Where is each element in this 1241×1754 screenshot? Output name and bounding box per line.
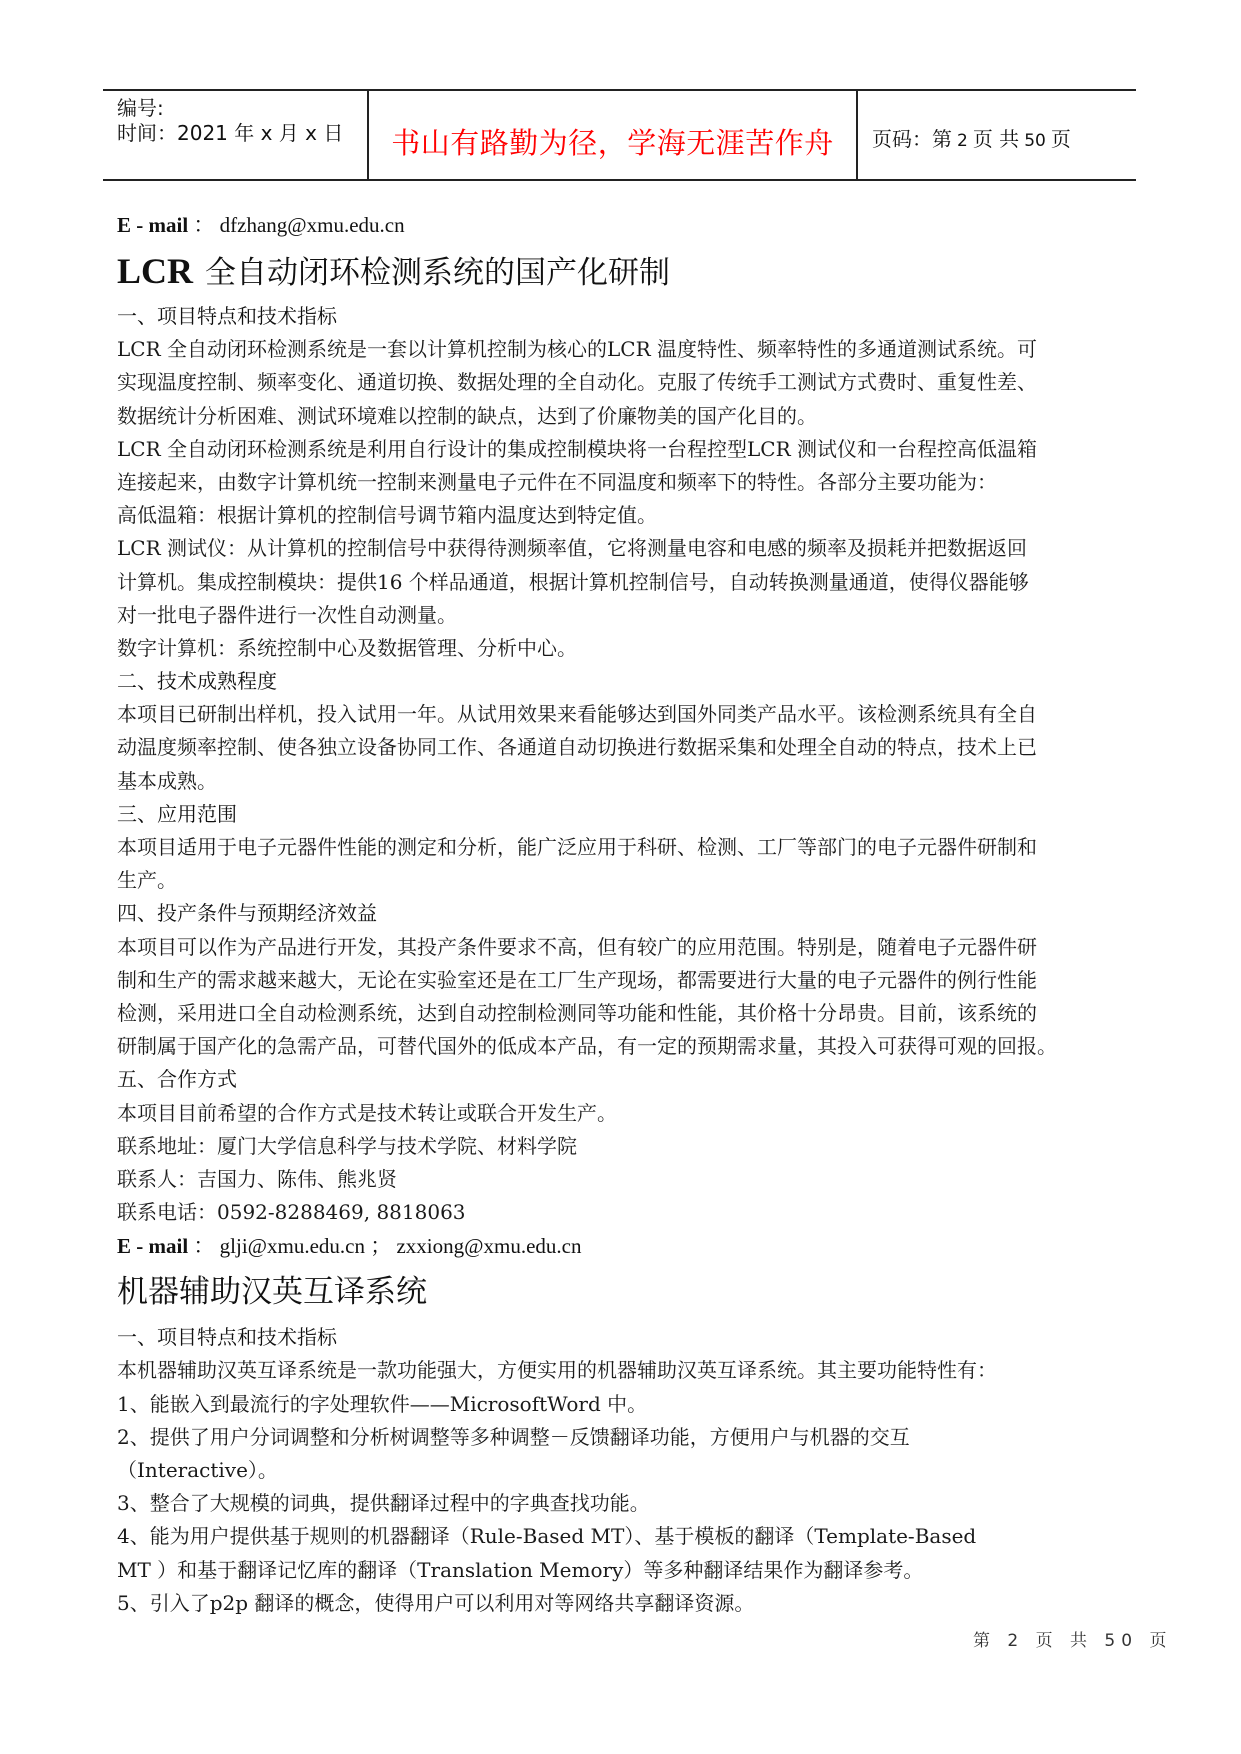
- page-suffix: 页: [1051, 127, 1071, 151]
- list-item: 4、能为用户提供基于规则的机器翻译（Rule-Based MT）、基于模板的翻译…: [117, 1520, 1127, 1553]
- header-motto-cell: 书山有路勤为径，学海无涯苦作舟: [367, 91, 858, 179]
- heading-cooperation: 五、合作方式: [117, 1063, 1127, 1096]
- contact-address: 联系地址：厦门大学信息科学与技术学院、材料学院: [117, 1130, 1127, 1163]
- paragraph-line: 数字计算机：系统控制中心及数据管理、分析中心。: [117, 632, 1127, 665]
- page-footer: 第 2 页 共 50 页: [973, 1626, 1172, 1651]
- email-sep: ：: [188, 213, 214, 237]
- contact-email-line: E - mail ： dfzhang@xmu.edu.cn: [117, 208, 1127, 242]
- heading-features: 一、项目特点和技术指标: [117, 300, 1127, 333]
- contact-persons: 联系人：吉国力、陈伟、熊兆贤: [117, 1163, 1127, 1196]
- paragraph-line: 本项目目前希望的合作方式是技术转让或联合开发生产。: [117, 1097, 1127, 1130]
- heading-maturity: 二、技术成熟程度: [117, 665, 1127, 698]
- page-total: 50: [1024, 131, 1046, 151]
- paragraph-line: 本项目适用于电子元器件性能的测定和分析，能广泛应用于科研、检测、工厂等部门的电子…: [117, 831, 1127, 864]
- header-page-number: 页码：第2页 共50页: [872, 123, 1071, 152]
- email-label: E - mail: [117, 213, 188, 237]
- section-title-translation: 机器辅助汉英互译系统: [117, 1263, 1127, 1321]
- paragraph-line: 研制属于国产化的急需产品，可替代国外的低成本产品，有一定的预期需求量，其投入可获…: [117, 1030, 1127, 1063]
- list-item: 3、整合了大规模的词典，提供翻译过程中的字典查找功能。: [117, 1487, 1127, 1520]
- paragraph-line: 高低温箱：根据计算机的控制信号调节箱内温度达到特定值。: [117, 499, 1127, 532]
- paragraph-line: LCR 测试仪：从计算机的控制信号中获得待测频率值，它将测量电容和电感的频率及损…: [117, 532, 1127, 565]
- list-item-continuation: MT ）和基于翻译记忆库的翻译（Translation Memory）等多种翻译…: [117, 1554, 1127, 1587]
- page-header: 编号: 时间：2021 年 x 月 x 日 书山有路勤为径，学海无涯苦作舟 页码…: [103, 89, 1136, 181]
- paragraph-line: 本项目可以作为产品进行开发，其投产条件要求不高，但有较广的应用范围。特别是，随着…: [117, 931, 1127, 964]
- contact-phone: 联系电话：0592-8288469, 8818063: [117, 1196, 1127, 1229]
- paragraph-line: 连接起来，由数字计算机统一控制来测量电子元件在不同温度和频率下的特性。各部分主要…: [117, 466, 1127, 499]
- document-body: E - mail ： dfzhang@xmu.edu.cn LCR全自动闭环检测…: [117, 208, 1127, 1620]
- document-page: 编号: 时间：2021 年 x 月 x 日 书山有路勤为径，学海无涯苦作舟 页码…: [0, 0, 1241, 1754]
- list-item: 1、能嵌入到最流行的字处理软件——MicrosoftWord 中。: [117, 1388, 1127, 1421]
- paragraph-line: 本机器辅助汉英互译系统是一款功能强大，方便实用的机器辅助汉英互译系统。其主要功能…: [117, 1354, 1127, 1387]
- list-item: 5、引入了p2p 翻译的概念，使得用户可以利用对等网络共享翻译资源。: [117, 1587, 1127, 1620]
- paragraph-line: 对一批电子器件进行一次性自动测量。: [117, 599, 1127, 632]
- contact-email-line: E - mail ： glji@xmu.edu.cn ； zxxiong@xmu…: [117, 1229, 1127, 1263]
- paragraph-line: 实现温度控制、频率变化、通道切换、数据处理的全自动化。克服了传统手工测试方式费时…: [117, 366, 1127, 399]
- page-current: 2: [957, 131, 968, 151]
- section-title-lcr: LCR全自动闭环检测系统的国产化研制: [117, 242, 1127, 300]
- paragraph-line: 数据统计分析困难、测试环境难以控制的缺点，达到了价廉物美的国产化目的。: [117, 400, 1127, 433]
- heading-conditions: 四、投产条件与预期经济效益: [117, 897, 1127, 930]
- header-page-cell: 页码：第2页 共50页: [856, 91, 1136, 179]
- header-meta-cell: 编号: 时间：2021 年 x 月 x 日: [103, 91, 367, 179]
- paragraph-line: 制和生产的需求越来越大，无论在实验室还是在工厂生产现场，都需要进行大量的电子元器…: [117, 964, 1127, 997]
- header-motto: 书山有路勤为径，学海无涯苦作舟: [369, 121, 856, 162]
- doc-number-label: 编号:: [117, 95, 164, 121]
- title-latin: LCR: [117, 251, 193, 291]
- list-item-continuation: （Interactive）。: [117, 1454, 1127, 1487]
- paragraph-line: LCR 全自动闭环检测系统是一套以计算机控制为核心的LCR 温度特性、频率特性的…: [117, 333, 1127, 366]
- email-sep: ：: [188, 1234, 214, 1258]
- paragraph-line: 动温度频率控制、使各独立设备协同工作、各通道自动切换进行数据采集和处理全自动的特…: [117, 731, 1127, 764]
- paragraph-line: 生产。: [117, 864, 1127, 897]
- list-item: 2、提供了用户分词调整和分析树调整等多种调整－反馈翻译功能，方便用户与机器的交互: [117, 1421, 1127, 1454]
- email-link[interactable]: dfzhang@xmu.edu.cn: [220, 213, 405, 237]
- paragraph-line: 基本成熟。: [117, 765, 1127, 798]
- title-cn: 全自动闭环检测系统的国产化研制: [205, 255, 670, 291]
- heading-features-2: 一、项目特点和技术指标: [117, 1321, 1127, 1354]
- heading-scope: 三、应用范围: [117, 798, 1127, 831]
- page-prefix: 页码：第: [872, 127, 952, 151]
- paragraph-line: 计算机。集成控制模块：提供16 个样品通道，根据计算机控制信号，自动转换测量通道…: [117, 566, 1127, 599]
- email-link[interactable]: glji@xmu.edu.cn ； zxxiong@xmu.edu.cn: [220, 1234, 582, 1258]
- page-mid: 页 共: [973, 127, 1019, 151]
- paragraph-line: 本项目已研制出样机，投入试用一年。从试用效果来看能够达到国外同类产品水平。该检测…: [117, 698, 1127, 731]
- email-label: E - mail: [117, 1234, 188, 1258]
- paragraph-line: 检测，采用进口全自动检测系统，达到自动控制检测同等功能和性能，其价格十分昂贵。目…: [117, 997, 1127, 1030]
- paragraph-line: LCR 全自动闭环检测系统是利用自行设计的集成控制模块将一台程控型LCR 测试仪…: [117, 433, 1127, 466]
- doc-date-label: 时间：2021 年 x 月 x 日: [117, 120, 343, 146]
